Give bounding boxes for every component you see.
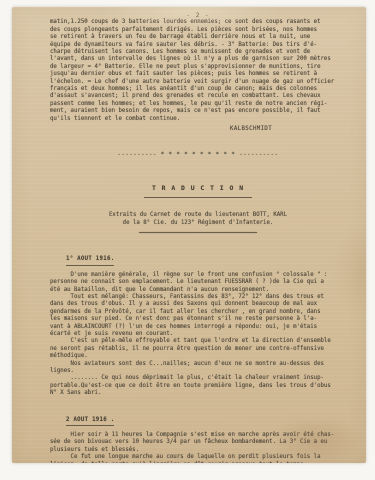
entry-paragraph: D'une manière générale, il règne sur le …	[50, 272, 346, 294]
entry-paragraph: Hier soir à 11 heures la Compagnie s'est…	[50, 432, 346, 454]
entry-paragraph: Nos aviateurs sont des C...nailles; aucu…	[50, 361, 346, 376]
entry-body: D'une manière générale, il règne sur le …	[50, 272, 346, 398]
entry-paragraph: Ce fut une longue marche au cours de laq…	[50, 454, 346, 463]
translation-heading: T R A D U C T I O N	[144, 185, 252, 198]
subtitle-line-2: de la 8° Cie. du 123° Régiment d'Infante…	[50, 219, 346, 227]
entry-paragraph: ........ Ce qui nous déprimait le plus, …	[50, 375, 346, 397]
entry-body: Hier soir à 11 heures la Compagnie s'est…	[50, 432, 346, 463]
document-page: - 2 - matin,1.250 coups de 3 batteries l…	[12, 7, 366, 463]
entry-2-august-1916: 2 AOUT 1916 . Hier soir à 11 heures la C…	[50, 406, 346, 463]
section-divider: ---------- * * * * * * * * * * ---------…	[50, 152, 346, 159]
translation-heading-row: T R A D U C T I O N	[50, 175, 346, 198]
subtitle-rule	[139, 232, 257, 233]
scan-background: - 2 - matin,1.250 coups de 3 batteries l…	[0, 0, 375, 480]
entry-paragraph: Tout est mélangé: Chasseurs, Fantassins …	[50, 294, 346, 338]
entry-1-august-1916: 1° AOUT 1916. D'une manière générale, il…	[50, 245, 346, 397]
entry-date-row: 1° AOUT 1916.	[66, 245, 346, 265]
entry-date: 2 AOUT 1916 .	[66, 417, 114, 426]
entry-date: 1° AOUT 1916.	[66, 256, 114, 265]
journal-opening-paragraph: matin,1.250 coups de 3 batteries lourdes…	[50, 19, 346, 123]
signature: KALBSCHMIDT	[50, 126, 346, 133]
subtitle-line-1: Extraits du Carnet de route du lieutenan…	[50, 211, 346, 219]
entry-paragraph: C'est un pêle-mêle effroyable et tant qu…	[50, 338, 346, 360]
entry-date-row: 2 AOUT 1916 .	[66, 406, 346, 426]
